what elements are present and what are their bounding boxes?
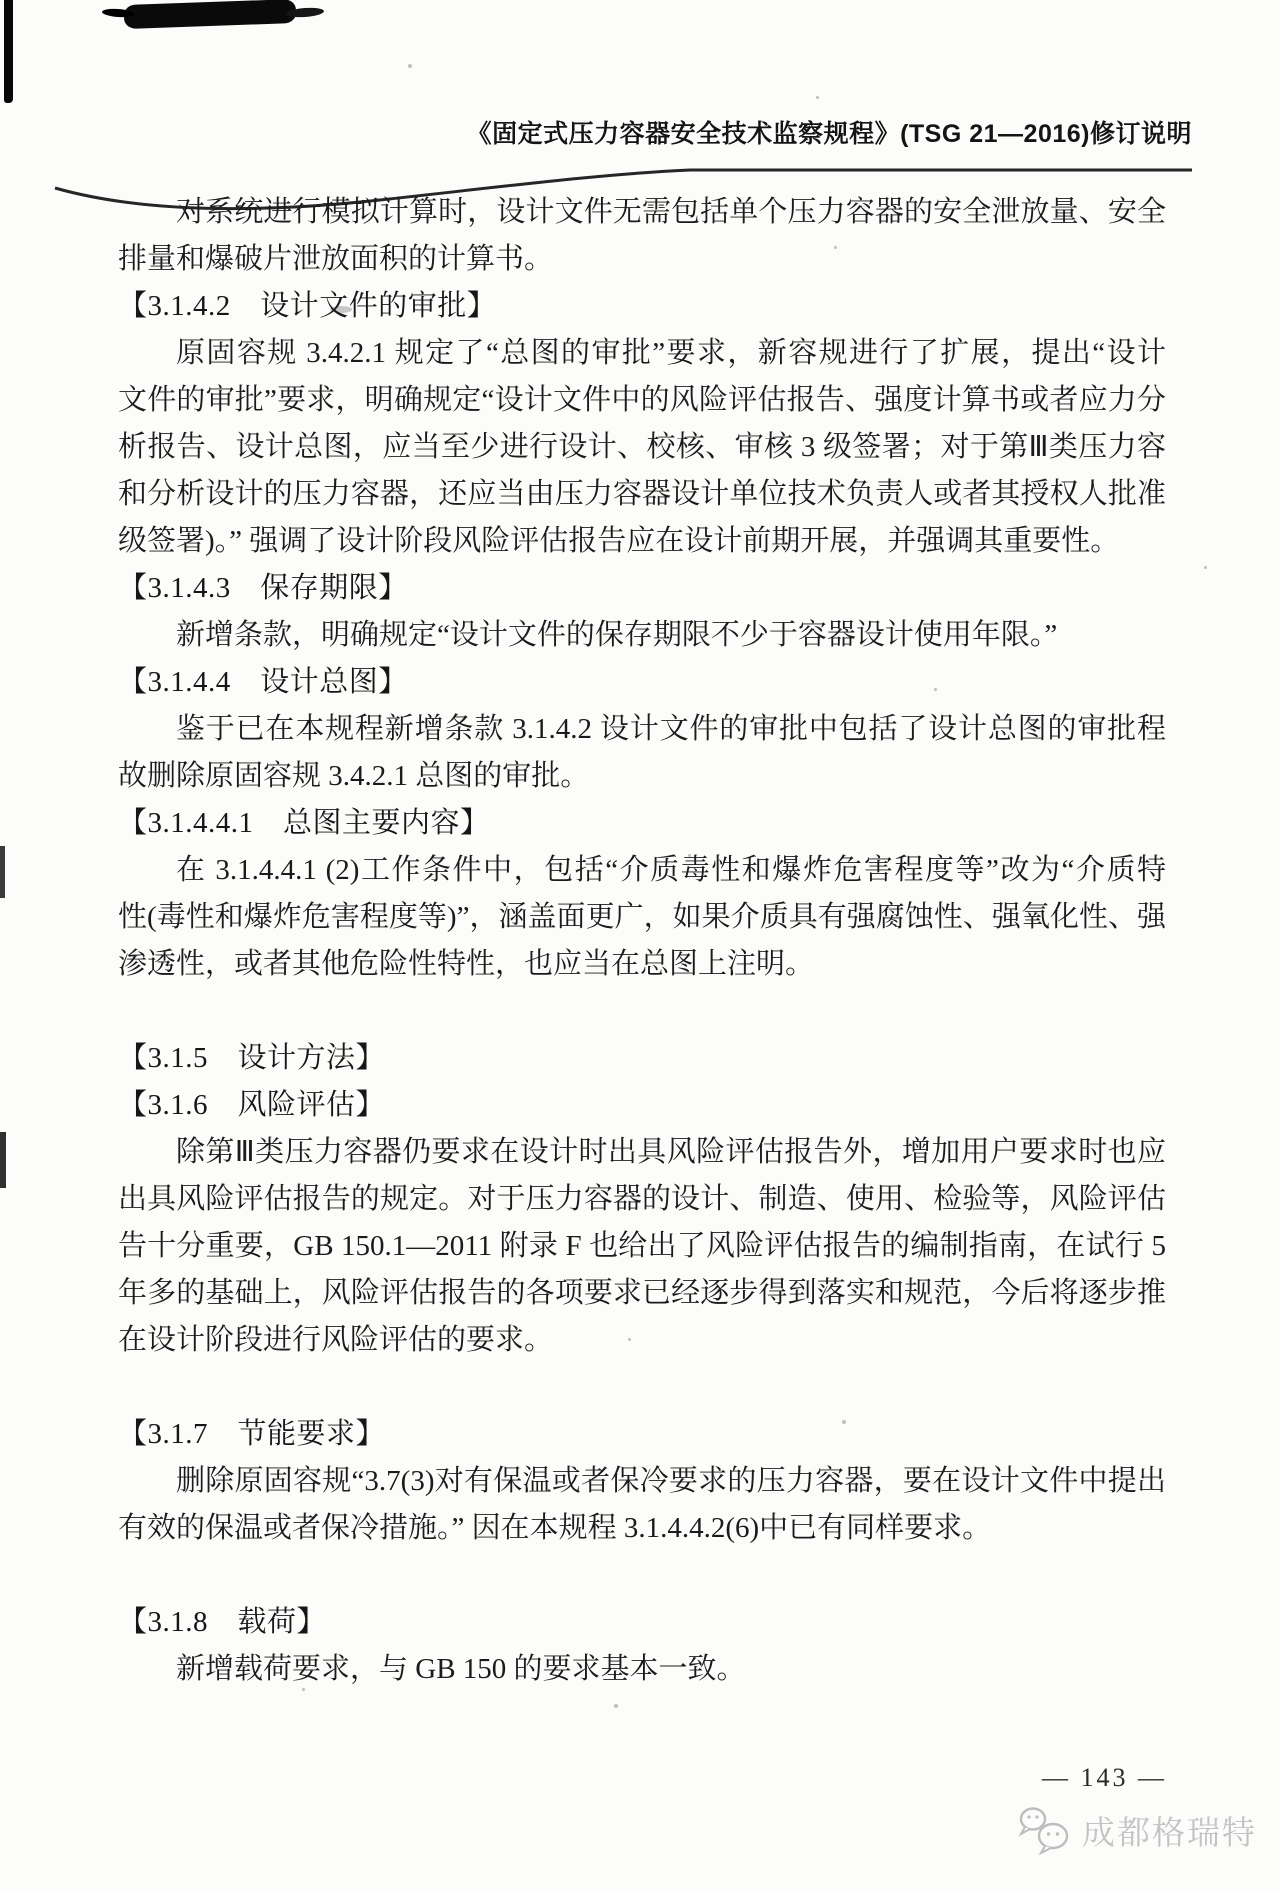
text-line: 除第Ⅲ类压力容器仍要求在设计时出具风险评估报告外，增加用户要求时也应当 [118,1129,1166,1176]
text-line: 新增载荷要求，与 GB 150 的要求基本一致。 [118,1646,1166,1693]
text-line: 对系统进行模拟计算时，设计文件无需包括单个压力容器的安全泄放量、安全阀 [118,189,1166,236]
scanned-document-page: 《固定式压力容器安全技术监察规程》(TSG 21—2016)修订说明 对系统进行… [0,0,1280,1892]
section-spacer [118,988,1166,1035]
text-line: 在 3.1.4.4.1 (2)工作条件中，包括“介质毒性和爆炸危害程度等”改为“… [118,847,1166,894]
text-line: 性(毒性和爆炸危害程度等)”，涵盖面更广，如果介质具有强腐蚀性、强氧化性、强 [118,894,1166,941]
text-line: 年多的基础上，风险评估报告的各项要求已经逐步得到落实和规范，今后将逐步推广 [118,1270,1166,1317]
section-spacer [118,1552,1166,1599]
section-spacer [118,1364,1166,1411]
text-line: 和分析设计的压力容器，还应当由压力容器设计单位技术负责人或者其授权人批准(4 [118,471,1166,518]
text-line: 排量和爆破片泄放面积的计算书。 [118,236,1166,283]
text-line: 在设计阶段进行风险评估的要求。 [118,1317,1166,1364]
text-line: 有效的保温或者保冷措施。” 因在本规程 3.1.4.4.2(6)中已有同样要求。 [118,1505,1166,1552]
section-heading: 【3.1.4.2 设计文件的审批】 [118,283,1166,330]
section-heading: 【3.1.6 风险评估】 [118,1082,1166,1129]
section-heading: 【3.1.4.3 保存期限】 [118,565,1166,612]
text-line: 新增条款，明确规定“设计文件的保存期限不少于容器设计使用年限。” [118,612,1166,659]
scan-speckle [1204,566,1207,569]
text-line: 出具风险评估报告的规定。对于压力容器的设计、制造、使用、检验等，风险评估报 [118,1176,1166,1223]
text-line: 故删除原固容规 3.4.2.1 总图的审批。 [118,753,1166,800]
page-number: — 143 — [1042,1763,1167,1793]
section-heading: 【3.1.4.4 设计总图】 [118,659,1166,706]
scan-edge-mark [0,1132,6,1188]
text-line: 告十分重要，GB 150.1—2011 附录 F 也给出了风险评估报告的编制指南… [118,1223,1166,1270]
text-line: 析报告、设计总图，应当至少进行设计、校核、审核 3 级签署；对于第Ⅲ类压力容器 [118,424,1166,471]
text-line: 级签署)。” 强调了设计阶段风险评估报告应在设计前期开展，并强调其重要性。 [118,518,1166,565]
section-heading: 【3.1.4.4.1 总图主要内容】 [118,800,1166,847]
watermark-text: 成都格瑞特 [1082,1807,1257,1854]
text-line: 鉴于已在本规程新增条款 3.1.4.2 设计文件的审批中包括了设计总图的审批程序… [118,706,1166,753]
section-heading: 【3.1.7 节能要求】 [118,1411,1166,1458]
wechat-logo-icon [1016,1804,1074,1856]
scan-speckle [614,1704,618,1708]
text-line: 渗透性，或者其他危险性特性，也应当在总图上注明。 [118,941,1166,988]
scan-edge-mark [0,846,5,898]
section-heading: 【3.1.5 设计方法】 [118,1035,1166,1082]
document-body: 对系统进行模拟计算时，设计文件无需包括单个压力容器的安全泄放量、安全阀排量和爆破… [118,189,1166,1693]
watermark: 成都格瑞特 [1016,1804,1257,1856]
text-line: 文件的审批”要求，明确规定“设计文件中的风险评估报告、强度计算书或者应力分 [118,377,1166,424]
section-heading: 【3.1.8 载荷】 [118,1599,1166,1646]
text-line: 原固容规 3.4.2.1 规定了“总图的审批”要求，新容规进行了扩展，提出“设计 [118,330,1166,377]
text-line: 删除原固容规“3.7(3)对有保温或者保冷要求的压力容器，要在设计文件中提出 [118,1458,1166,1505]
